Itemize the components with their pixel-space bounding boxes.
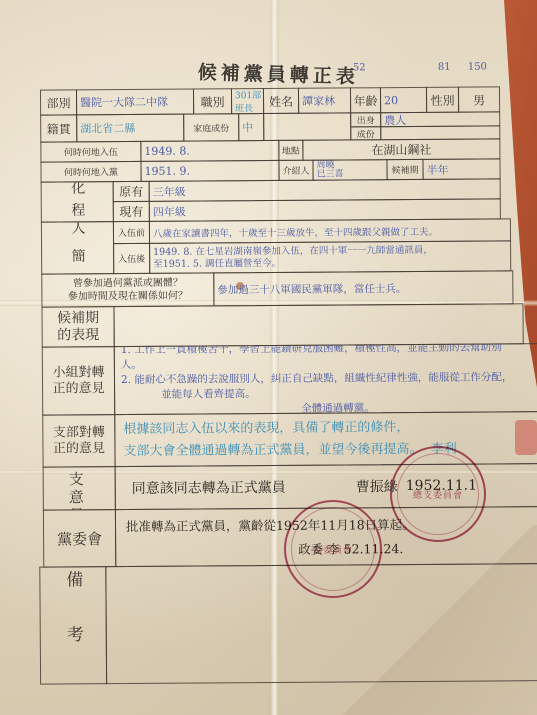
corner-annotation: 52 <box>353 62 366 73</box>
birth-label: 出身 <box>350 112 381 127</box>
place-value: 在湖山鋼社 <box>302 138 500 160</box>
group-opinion-line: 2. 能耐心不急躁的去說服別人，糾正自己缺點，組織性紀律性強，能服從工作分配， <box>121 370 512 388</box>
introducer-label: 介紹人 <box>278 160 313 181</box>
name-value: 譚家林 <box>298 87 351 113</box>
corner-annotation: 150 <box>468 61 487 72</box>
enlist-label: 何時何地入伍 <box>40 141 141 163</box>
join-party-label: 何時何地入黨 <box>40 161 141 183</box>
history-before-label: 入伍前 <box>113 221 150 244</box>
age-value: 20 <box>380 87 427 113</box>
partial-red-seal <box>515 420 537 455</box>
history-after-label: 入伍後 <box>113 243 150 274</box>
party-committee-label: 黨委會 <box>43 509 116 568</box>
party-committee-stamp: 黨委員會 <box>284 500 382 598</box>
sex-label: 性別 <box>426 87 459 113</box>
origin-value: 湖北省二縣 <box>76 114 184 143</box>
candidate-period-value: 半年 <box>422 158 500 180</box>
history-after-value: 1949. 8. 在七星岩湖南嶺參加入伍，在四十軍一一九師當通訊員， 至1951… <box>149 240 511 274</box>
corner-annotation: 81 <box>438 62 451 73</box>
dept-value: 醫院一大隊二中隊 <box>76 89 194 116</box>
branch-opinion-line: 根據該同志入伍以來的表現，具備了轉正的條件， <box>123 417 409 441</box>
group-opinion-line: 並能每人看齊提高。 <box>121 387 256 403</box>
position-label: 職別 <box>193 88 232 114</box>
introducer-value: 周曉 巳三喜 <box>312 159 387 181</box>
education-label: 文化程度 <box>41 181 114 223</box>
affiliation-question: 曾參加過何黨派或團體？ 參加時間及現在關係如何？ <box>41 272 214 307</box>
stamp-inner-ring <box>291 507 375 591</box>
history-label: 個人簡歷 <box>41 221 114 275</box>
position-value-line: 301部 <box>235 88 261 101</box>
enlist-value: 1949. 8. <box>140 140 279 162</box>
general-branch-text: 同意該同志轉為正式黨員 <box>132 477 286 498</box>
affiliation-question-line: 參加時間及現在關係如何？ <box>68 290 188 304</box>
group-opinion-value: 1. 工作上一貫積極苦干，學習上能鑽研克服困難，積極性高，並能主動的去幫助別 人… <box>114 343 537 415</box>
group-opinion-line: 1. 工作上一貫積極苦干，學習上能鑽研克服困難，積極性高，並能主動的去幫助別 <box>121 343 502 358</box>
education-original-label: 原有 <box>113 181 150 202</box>
branch-opinion-value: 根據該同志入伍以來的表現，具備了轉正的條件， 支部大會全體通過轉為正式黨員，並望… <box>114 411 537 467</box>
position-value: 301部 班長 <box>231 88 264 114</box>
remarks-label: 備考 <box>39 566 107 684</box>
dept-label: 部別 <box>40 89 77 115</box>
education-current-label: 現有 <box>113 201 150 222</box>
stamp-inner-ring <box>397 453 479 535</box>
age-label: 年齡 <box>350 87 381 113</box>
origin-label: 籍貫 <box>40 114 77 142</box>
candidate-performance-value <box>113 303 523 347</box>
general-branch-label: 總支意見 <box>43 466 116 511</box>
history-after-line: 至1951. 5. 調任直屬營至今。 <box>153 257 281 270</box>
affiliation-question-line: 曾參加過何黨派或團體？ <box>73 277 183 291</box>
sex-value: 男 <box>458 86 500 112</box>
candidate-period-label: 候補期 <box>386 159 423 180</box>
affiliation-answer: 參加過三十八軍國民黨軍隊，當任士兵。 <box>213 270 513 306</box>
join-party-value: 1951. 9. <box>140 160 279 182</box>
family-value: 中 <box>238 113 264 141</box>
family-label: 家庭成份 <box>183 113 239 141</box>
name-label: 姓名 <box>263 88 299 114</box>
history-after-line: 1949. 8. 在七星岩湖南嶺參加入伍，在四十軍一一九師當通訊員， <box>153 244 433 258</box>
form-document: 候補黨員轉正表 52 81 150 部別 醫院一大隊二中隊 職別 301部 班長… <box>0 0 537 715</box>
group-opinion-label: 小組對轉正的意見 <box>42 346 115 416</box>
general-branch-stamp: 總支委員會 <box>390 446 486 542</box>
place-label: 地點 <box>278 140 303 161</box>
branch-opinion-label: 支部對轉正的意見 <box>42 414 115 468</box>
branch-opinion-line-text: 支部大會全體通過轉為正式黨員，並望今後再提高。 <box>123 441 422 458</box>
introducer-line: 巳三喜 <box>317 170 344 179</box>
origin-extra-cell <box>263 112 351 141</box>
candidate-performance-label: 候補期的表現 <box>41 306 114 348</box>
group-opinion-line: 人。 <box>121 358 142 373</box>
form-title: 候補黨員轉正表 <box>198 58 360 89</box>
